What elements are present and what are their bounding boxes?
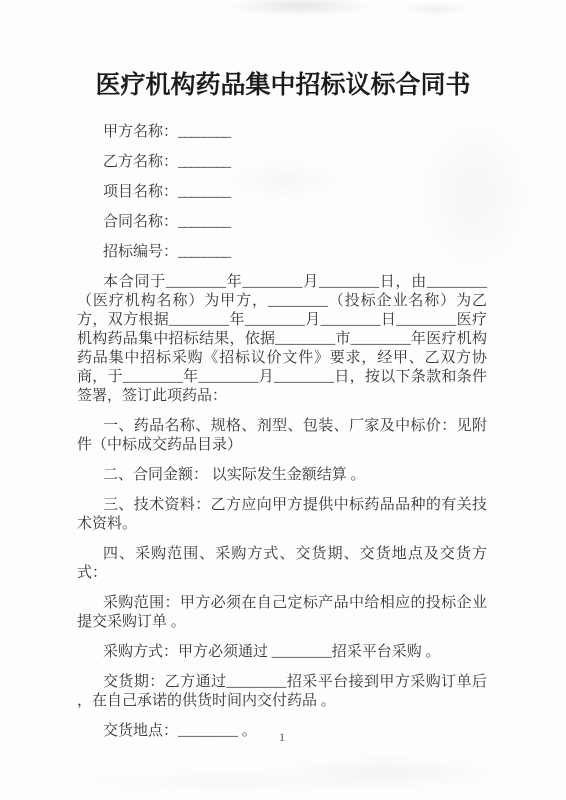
clause-4-procurement-heading: 四、采购范围、采购方式、交货期、交货地点及交货方式： [77,545,487,583]
procurement-method-paragraph: 采购方式：甲方必须通过 ________招采平台采购 。 [77,643,487,662]
scanned-contract-page: 医疗机构药品集中招标议标合同书 甲方名称：________ 乙方名称：_____… [0,0,566,800]
intro-paragraph: 本合同于________年________月________日，由_______… [77,273,487,406]
field-blank: ________ [178,154,230,170]
field-party-a-name: 甲方名称：________ [77,123,487,142]
document-body: 甲方名称：________ 乙方名称：________ 项目名称：_______… [77,123,487,741]
field-blank: ________ [178,124,230,140]
field-label: 甲方名称： [103,124,178,140]
clause-1-drug-info: 一、药品名称、规格、剂型、包装、厂家及中标价：见附件（中标成交药品目录） [77,417,487,455]
field-label: 合同名称： [103,214,178,230]
field-tender-number: 招标编号：________ [77,243,487,262]
field-blank: ________ [178,214,230,230]
scan-noise [270,755,500,790]
clause-3-technical-data: 三、技术资料：乙方应向甲方提供中标药品品种的有关技术资料。 [77,496,487,534]
page-number: 1 [77,730,487,744]
field-label: 项目名称： [103,184,178,200]
field-label: 招标编号： [103,244,178,260]
scan-noise [225,0,375,16]
field-project-name: 项目名称：________ [77,183,487,202]
field-party-b-name: 乙方名称：________ [77,153,487,172]
field-blank: ________ [178,244,230,260]
procurement-scope-paragraph: 采购范围：甲方必须在自己定标产品中给相应的投标企业提交采购订单 。 [77,594,487,632]
delivery-period-paragraph: 交货期：乙方通过________招采平台接到甲方采购订单后 ，在自己承诺的供货时… [77,673,487,711]
scan-noise [400,2,470,16]
clause-2-contract-amount: 二、合同金额： 以实际发生金额结算 。 [77,466,487,485]
document-title: 医疗机构药品集中招标议标合同书 [0,72,566,98]
field-blank: ________ [178,184,230,200]
field-label: 乙方名称： [103,154,178,170]
scan-noise [80,770,380,795]
field-contract-name: 合同名称：________ [77,213,487,232]
